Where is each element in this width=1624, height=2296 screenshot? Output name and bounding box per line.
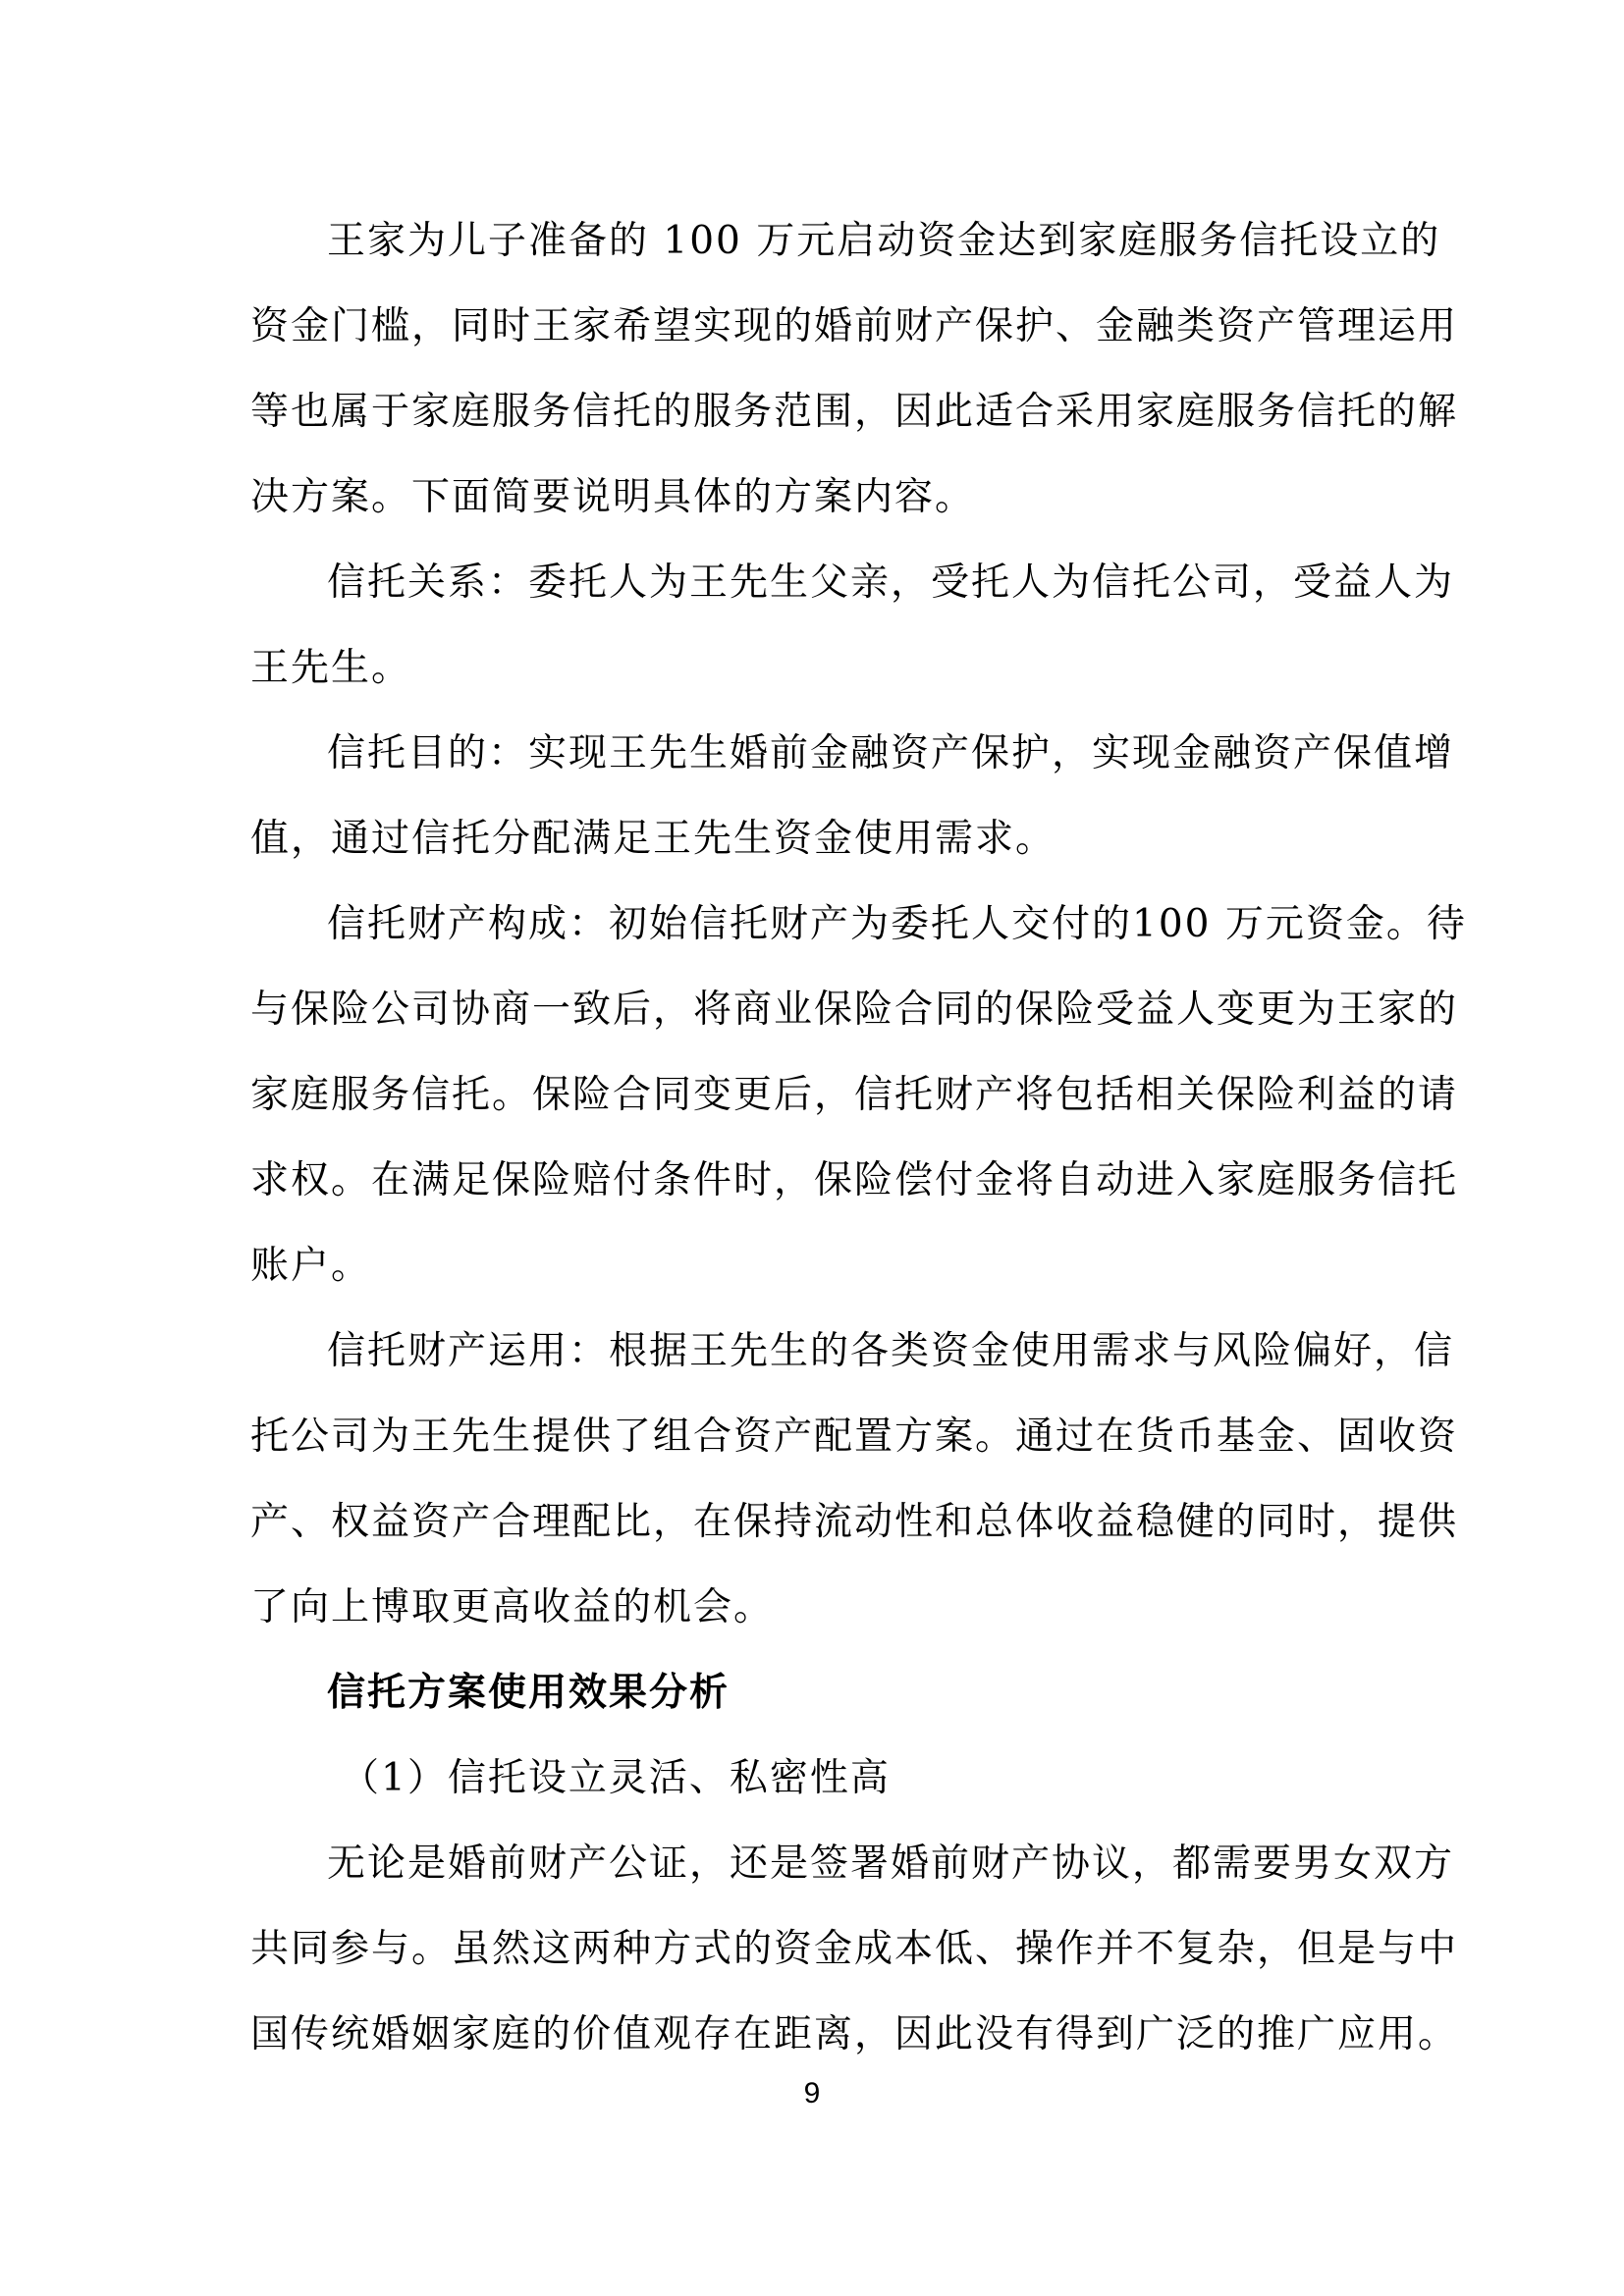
page-number: 9 bbox=[0, 2077, 1624, 2110]
paragraph-trust-relationship: 信托关系：委托人为王先生父亲，受托人为信托公司，受益人为 王先生。 bbox=[250, 540, 1377, 711]
subsection-heading: （1）信托设立灵活、私密性高 bbox=[250, 1735, 1377, 1821]
paragraph-line: 家庭服务信托。保险合同变更后，信托财产将包括相关保险利益的请 bbox=[250, 1052, 1377, 1138]
document-page: 王家为儿子准备的 100 万元启动资金达到家庭服务信托设立的 资金门槛，同时王家… bbox=[0, 0, 1624, 2296]
paragraph-line: 王家为儿子准备的 100 万元启动资金达到家庭服务信托设立的 bbox=[250, 198, 1377, 284]
paragraph-intro: 王家为儿子准备的 100 万元启动资金达到家庭服务信托设立的 资金门槛，同时王家… bbox=[250, 198, 1377, 540]
paragraph-line: 无论是婚前财产公证，还是签署婚前财产协议，都需要男女双方 bbox=[250, 1821, 1377, 1906]
paragraph-line: 决方案。下面简要说明具体的方案内容。 bbox=[250, 454, 1377, 540]
paragraph-line: 信托财产运用：根据王先生的各类资金使用需求与风险偏好，信 bbox=[250, 1308, 1377, 1394]
paragraph-line: 信托财产构成：初始信托财产为委托人交付的100 万元资金。待 bbox=[250, 881, 1377, 967]
paragraph-line: 王先生。 bbox=[250, 625, 1377, 711]
paragraph-line: 资金门槛，同时王家希望实现的婚前财产保护、金融类资产管理运用 bbox=[250, 284, 1377, 369]
paragraph-line: 了向上博取更高收益的机会。 bbox=[250, 1565, 1377, 1650]
paragraph-prenuptial-analysis: 无论是婚前财产公证，还是签署婚前财产协议，都需要男女双方 共同参与。虽然这两种方… bbox=[250, 1821, 1377, 2077]
paragraph-line: 信托关系：委托人为王先生父亲，受托人为信托公司，受益人为 bbox=[250, 540, 1377, 625]
section-heading: 信托方案使用效果分析 bbox=[250, 1650, 1377, 1735]
paragraph-trust-property-use: 信托财产运用：根据王先生的各类资金使用需求与风险偏好，信 托公司为王先生提供了组… bbox=[250, 1308, 1377, 1650]
paragraph-trust-property-composition: 信托财产构成：初始信托财产为委托人交付的100 万元资金。待 与保险公司协商一致… bbox=[250, 881, 1377, 1308]
paragraph-line: 产、权益资产合理配比，在保持流动性和总体收益稳健的同时，提供 bbox=[250, 1479, 1377, 1565]
paragraph-line: 值，通过信托分配满足王先生资金使用需求。 bbox=[250, 796, 1377, 881]
paragraph-trust-purpose: 信托目的：实现王先生婚前金融资产保护，实现金融资产保值增 值，通过信托分配满足王… bbox=[250, 711, 1377, 881]
paragraph-line: 信托目的：实现王先生婚前金融资产保护，实现金融资产保值增 bbox=[250, 711, 1377, 796]
paragraph-line: 账户。 bbox=[250, 1223, 1377, 1308]
paragraph-line: 国传统婚姻家庭的价值观存在距离，因此没有得到广泛的推广应用。 bbox=[250, 1992, 1377, 2077]
body-text: 王家为儿子准备的 100 万元启动资金达到家庭服务信托设立的 资金门槛，同时王家… bbox=[250, 198, 1377, 2077]
paragraph-line: 求权。在满足保险赔付条件时，保险偿付金将自动进入家庭服务信托 bbox=[250, 1138, 1377, 1223]
paragraph-line: 与保险公司协商一致后，将商业保险合同的保险受益人变更为王家的 bbox=[250, 967, 1377, 1052]
paragraph-line: 等也属于家庭服务信托的服务范围，因此适合采用家庭服务信托的解 bbox=[250, 369, 1377, 454]
paragraph-line: 共同参与。虽然这两种方式的资金成本低、操作并不复杂，但是与中 bbox=[250, 1906, 1377, 1992]
paragraph-line: 托公司为王先生提供了组合资产配置方案。通过在货币基金、固收资 bbox=[250, 1394, 1377, 1479]
